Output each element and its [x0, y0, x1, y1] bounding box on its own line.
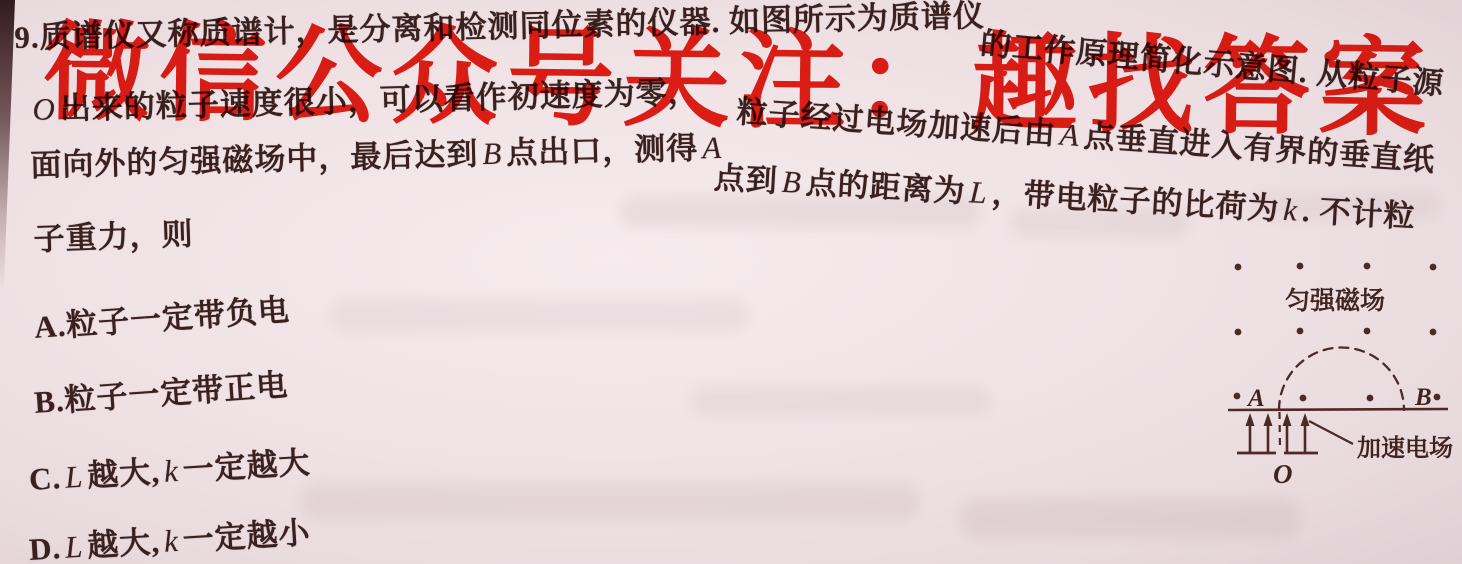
accel-arrow	[1264, 413, 1273, 452]
pointer-line	[1309, 421, 1353, 444]
point-a-label: A	[1246, 385, 1265, 412]
option-a: A.粒子一定带负电	[33, 292, 291, 346]
bleed-through-smudge	[330, 298, 750, 332]
accel-field-label: 加速电场	[1357, 435, 1453, 462]
accel-arrows	[1246, 413, 1310, 452]
option-c: C.L越大,k一定越大	[28, 445, 312, 498]
uniform-field-label: 匀强磁场	[1285, 287, 1385, 315]
option-b: B.粒子一定带正电	[33, 367, 289, 421]
bleed-through-smudge	[300, 482, 920, 520]
accel-arrow	[1246, 413, 1255, 452]
question-line-4: 子重力，则	[33, 216, 194, 258]
accel-arrow	[1301, 413, 1310, 452]
scanned-paper-background: 9.质谱仪又称质谱计，是分离和检测同位素的仪器. 如图所示为质谱仪 的工作原理简…	[0, 0, 1462, 564]
entry-dashed-line	[1280, 412, 1281, 450]
origin-o-label: O	[1273, 459, 1293, 489]
mass-spectrometer-diagram: 匀强磁场 A B	[1210, 245, 1462, 505]
point-b-label: B	[1414, 384, 1432, 411]
watermark-overlay: 微信公众号关注：趣找答案	[42, 12, 1435, 152]
option-d: D.L越大,k一定越小	[28, 515, 312, 564]
accel-arrow	[1283, 413, 1292, 452]
particle-path-arc	[1279, 348, 1404, 411]
page-edge-shadow	[0, 0, 15, 290]
bleed-through-smudge	[690, 386, 990, 416]
field-dots	[1234, 263, 1441, 402]
